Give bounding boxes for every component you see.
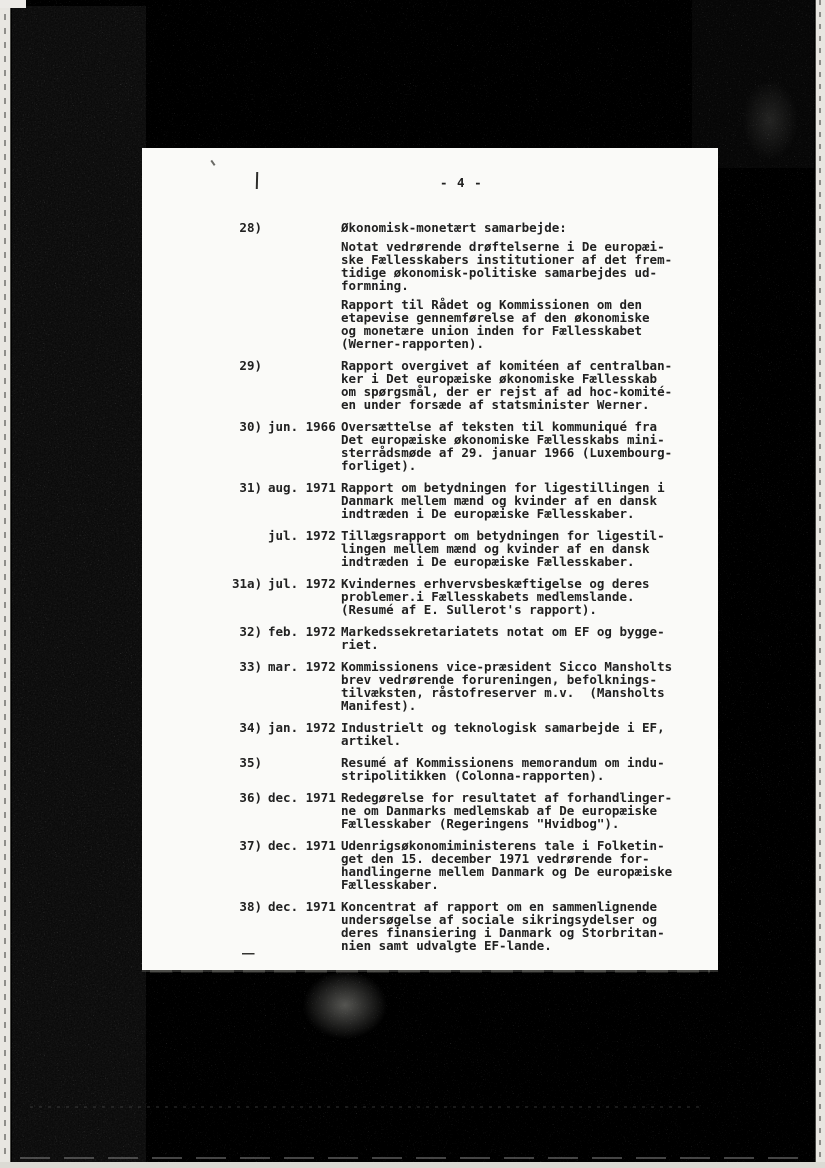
entry-number: 35) xyxy=(232,756,262,769)
entry-number: 30) xyxy=(232,420,262,433)
list-item: 34) jan. 1972 Industrielt og teknologisk… xyxy=(232,721,718,747)
entry-number: 31a) xyxy=(232,577,262,590)
entry-text: Tillægsrapport om betydningen for ligest… xyxy=(341,529,686,568)
paragraph: Tillægsrapport om betydningen for ligest… xyxy=(341,529,686,568)
entry-date: jul. 1972 xyxy=(268,529,338,542)
paragraph: Kommissionens vice-præsident Sicco Mansh… xyxy=(341,660,686,712)
entry-text: Rapport overgivet af komitéen af central… xyxy=(341,359,686,411)
paragraph: Kvindernes erhvervsbeskæftigelse og dere… xyxy=(341,577,686,616)
list-item: 30) jun. 1966 Oversættelse af teksten ti… xyxy=(232,420,718,472)
entry-number: 36) xyxy=(232,791,262,804)
list-item: 36) dec. 1971 Redegørelse for resultatet… xyxy=(232,791,718,830)
entry-number: 33) xyxy=(232,660,262,673)
entry-text: Markedssekretariatets notat om EF og byg… xyxy=(341,625,686,651)
scanned-document-screen: { "colors": { "paper": "#fafaf8", "ink":… xyxy=(0,0,825,1168)
list-item: 37) dec. 1971 Udenrigsøkonomiministerens… xyxy=(232,839,718,891)
paragraph: Rapport til Rådet og Kommissionen om den… xyxy=(341,298,686,350)
film-edge-left xyxy=(0,0,11,1168)
entry-number: 31) xyxy=(232,481,262,494)
entry-number: 32) xyxy=(232,625,262,638)
paragraph: Oversættelse af teksten til kommuniqué f… xyxy=(341,420,686,472)
entry-number: 28) xyxy=(232,221,262,234)
entry-number: 29) xyxy=(232,359,262,372)
paragraph: Rapport om betydningen for ligestillinge… xyxy=(341,481,686,520)
entry-text: Koncentrat af rapport om en sammenlignen… xyxy=(341,900,686,952)
paragraph: Udenrigsøkonomiministerens tale i Folket… xyxy=(341,839,686,891)
entry-date: dec. 1971 xyxy=(268,791,338,804)
paragraph: Notat vedrørende drøftelserne i De europ… xyxy=(341,240,686,292)
entry-text: Resumé af Kommissionens memorandum om in… xyxy=(341,756,686,782)
entry-date: jul. 1972 xyxy=(268,577,338,590)
entries: 28) Økonomisk-monetært samarbejde:Notat … xyxy=(142,221,718,952)
entry-number: 38) xyxy=(232,900,262,913)
paragraph: Redegørelse for resultatet af forhandlin… xyxy=(341,791,686,830)
list-item: 31) aug. 1971 Rapport om betydningen for… xyxy=(232,481,718,520)
pen-vertical-mark xyxy=(256,172,258,189)
paragraph: Industrielt og teknologisk samarbejde i … xyxy=(341,721,686,747)
entry-date: feb. 1972 xyxy=(268,625,338,638)
list-item: 35) Resumé af Kommissionens memorandum o… xyxy=(232,756,718,782)
paragraph: Markedssekretariatets notat om EF og byg… xyxy=(341,625,686,651)
paragraph: Økonomisk-monetært samarbejde: xyxy=(341,221,686,234)
smudge-mark xyxy=(742,80,798,160)
entry-date: jun. 1966 xyxy=(268,420,338,433)
end-of-list-dash: —— xyxy=(242,948,252,958)
entry-text: Udenrigsøkonomiministerens tale i Folket… xyxy=(341,839,686,891)
entry-date: aug. 1971 xyxy=(268,481,338,494)
list-item: 32) feb. 1972 Markedssekretariatets nota… xyxy=(232,625,718,651)
scan-corner-notch xyxy=(0,0,26,8)
entry-number: 37) xyxy=(232,839,262,852)
entry-text: Kommissionens vice-præsident Sicco Mansh… xyxy=(341,660,686,712)
entry-text: Kvindernes erhvervsbeskæftigelse og dere… xyxy=(341,577,686,616)
list-item: 33) mar. 1972 Kommissionens vice-præside… xyxy=(232,660,718,712)
entry-date: jan. 1972 xyxy=(268,721,338,734)
entry-text: Økonomisk-monetært samarbejde:Notat vedr… xyxy=(341,221,686,350)
list-item: 29) Rapport overgivet af komitéen af cen… xyxy=(232,359,718,411)
smudge-mark xyxy=(303,971,387,1039)
list-item: 31a) jul. 1972 Kvindernes erhvervsbeskæf… xyxy=(232,577,718,616)
entry-date: dec. 1971 xyxy=(268,900,338,913)
document-page: - 4 - 28) Økonomisk-monetært samarbejde:… xyxy=(142,148,718,970)
paragraph: Resumé af Kommissionens memorandum om in… xyxy=(341,756,686,782)
entry-text: Industrielt og teknologisk samarbejde i … xyxy=(341,721,686,747)
entry-date: dec. 1971 xyxy=(268,839,338,852)
paragraph: Koncentrat af rapport om en sammenlignen… xyxy=(341,900,686,952)
film-edge-bottom xyxy=(0,1162,825,1168)
list-item: 28) Økonomisk-monetært samarbejde:Notat … xyxy=(232,221,718,350)
entry-text: Rapport om betydningen for ligestillinge… xyxy=(341,481,686,520)
entry-date: mar. 1972 xyxy=(268,660,338,673)
entry-text: Redegørelse for resultatet af forhandlin… xyxy=(341,791,686,830)
list-item: jul. 1972 Tillægsrapport om betydningen … xyxy=(232,529,718,568)
paragraph: Rapport overgivet af komitéen af central… xyxy=(341,359,686,411)
entry-text: Oversættelse af teksten til kommuniqué f… xyxy=(341,420,686,472)
page-number: - 4 - xyxy=(142,148,718,189)
list-item: 38) dec. 1971 Koncentrat af rapport om e… xyxy=(232,900,718,952)
film-edge-right xyxy=(815,0,825,1168)
entry-number: 34) xyxy=(232,721,262,734)
